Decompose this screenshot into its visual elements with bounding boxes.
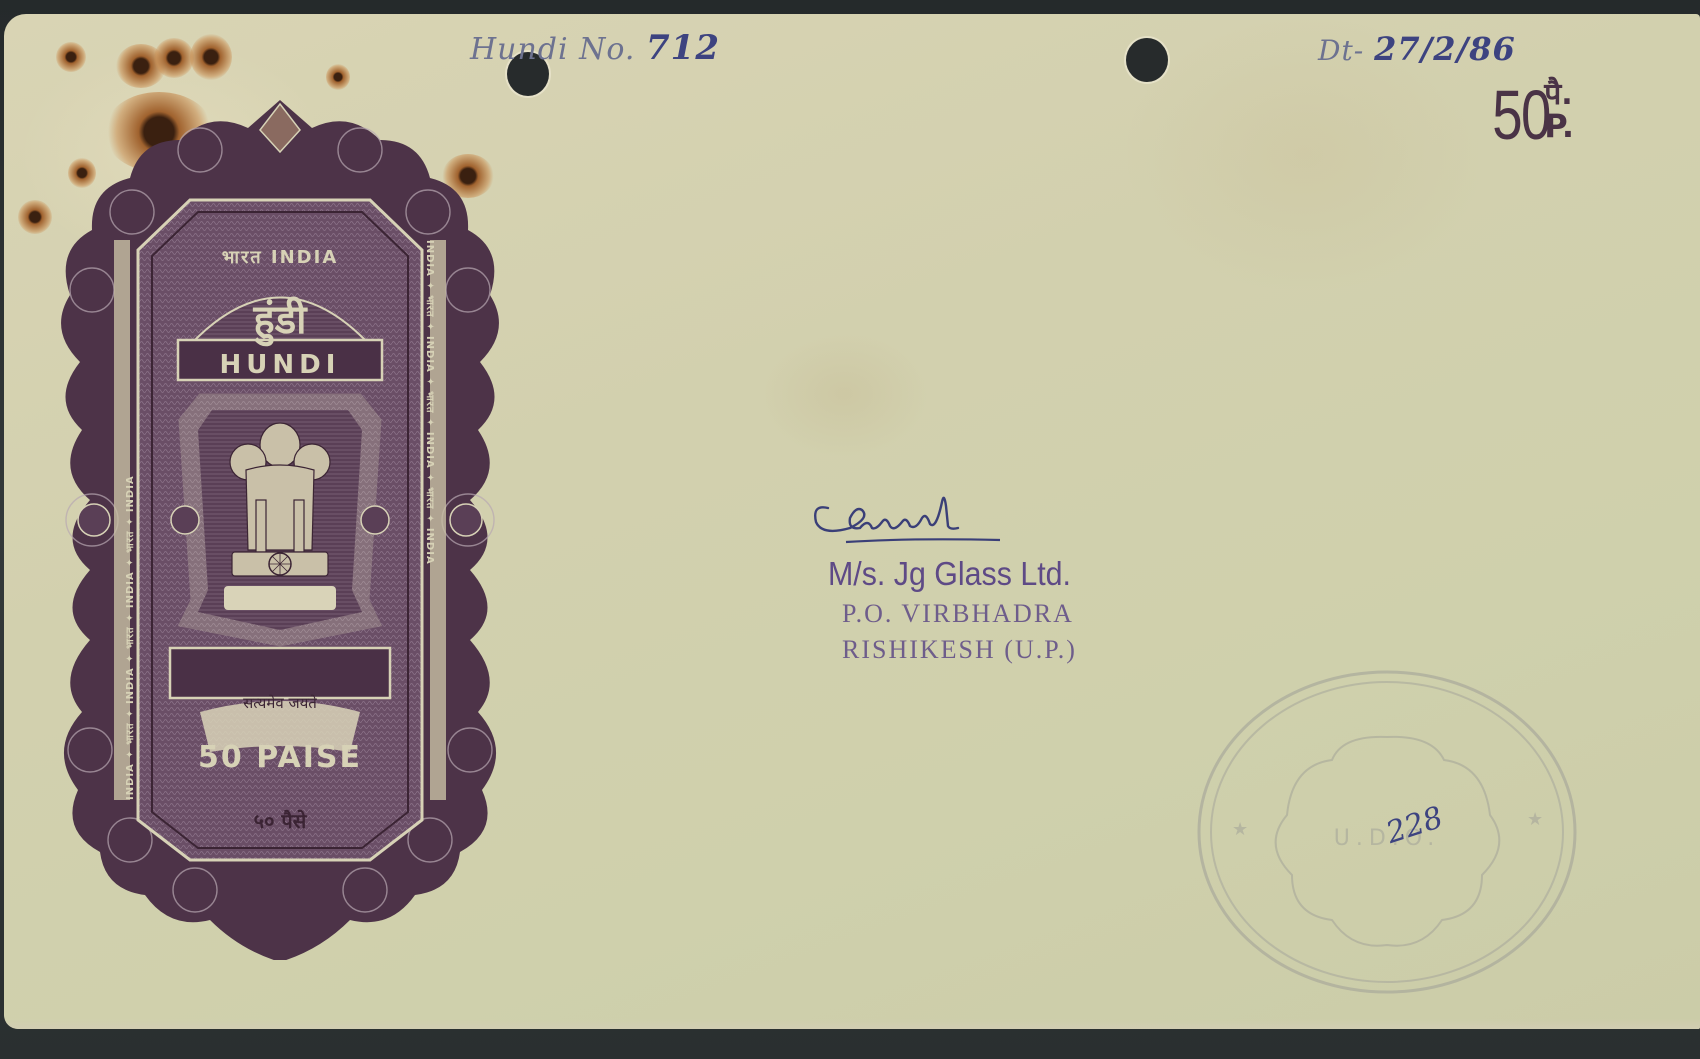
hundi-number-note: Hundi No. 712 [470,28,720,68]
stamp-title-english: HUNDI [50,350,510,380]
rust-stain [326,64,350,90]
date-value: 27/2/86 [1374,30,1516,68]
svg-text:★: ★ [1527,809,1543,829]
date-note: Dt- 27/2/86 [1318,30,1516,68]
paper-edge [4,1019,1700,1029]
punch-hole-right [1126,38,1168,82]
svg-text:★: ★ [1232,819,1248,839]
stamp-motto: सत्यमेव जयते [50,693,510,713]
company-rubber-stamp: M/s. Jg Glass Ltd. P.O. VIRBHADRA RISHIK… [828,555,1092,665]
rust-stain [190,34,232,80]
rust-stain [18,200,52,234]
company-address-line-1: P.O. VIRBHADRA [842,599,1092,629]
stamp-country-label: भारत INDIA [50,245,510,269]
stamp-border-text-left: INDIA ✦ भारत ✦ INDIA ✦ भारत ✦ INDIA ✦ भा… [122,475,136,800]
hundi-revenue-stamp: भारत INDIA हुंडी HUNDI सत्यमेव जयते 50 P… [50,100,510,960]
stamp-value-hindi: ५० पैसे [50,807,510,834]
denomination-mark: 50 पै. P. [1476,80,1574,150]
company-name: M/s. Jg Glass Ltd. [828,555,1071,593]
stamp-border-text-right: INDIA ✦ भारत ✦ INDIA ✦ भारत ✦ INDIA ✦ भा… [424,240,438,565]
rust-stain [154,38,194,78]
company-address-line-2: RISHIKESH (U.P.) [842,635,1092,665]
signature-icon [810,488,1010,558]
date-label: Dt- [1318,34,1364,67]
stamp-title-hindi: हुंडी [50,290,510,345]
stamp-value-english: 50 PAISE [50,740,510,775]
hundi-number-label: Hundi No. [470,32,635,67]
denomination-value: 50 [1493,80,1551,150]
hundi-number-value: 712 [646,28,720,68]
rust-stain [56,42,86,72]
